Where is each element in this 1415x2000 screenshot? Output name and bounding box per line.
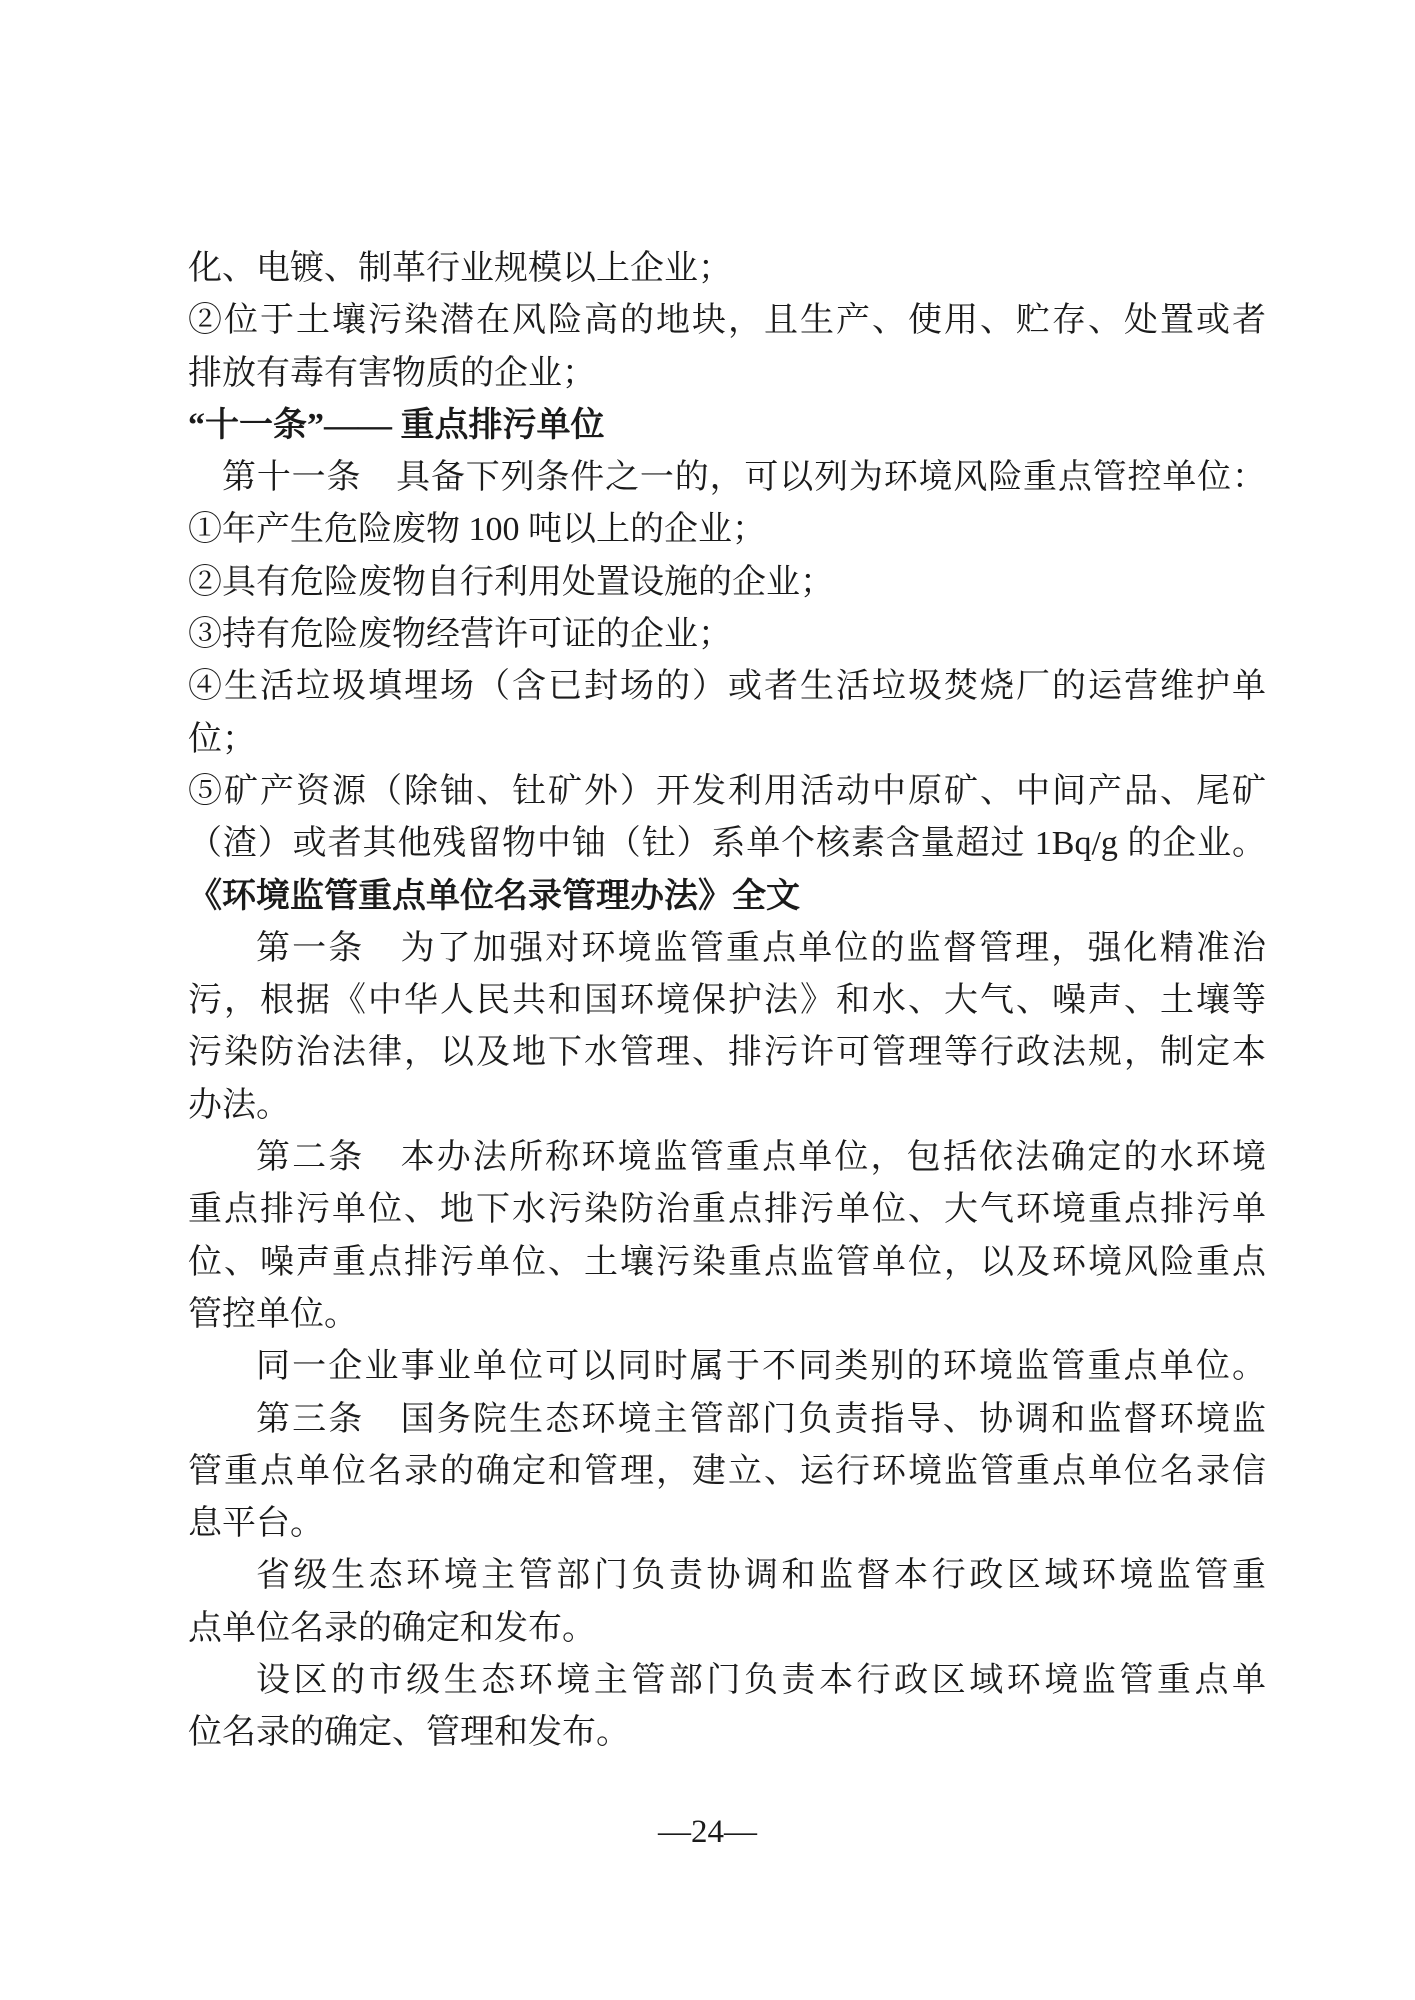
text-line: ④生活垃圾填埋场（含已封场的）或者生活垃圾焚烧厂的运营维护单 [188, 661, 1266, 713]
text-line: 第二条 本办法所称环境监管重点单位，包括依法确定的水环境 [188, 1132, 1266, 1184]
text-block: 化、电镀、制革行业规模以上企业；②位于土壤污染潜在风险高的地块，且生产、使用、贮… [188, 243, 1266, 1760]
text-line: 位名录的确定、管理和发布。 [188, 1707, 1266, 1759]
text-line: 《环境监管重点单位名录管理办法》全文 [188, 871, 1266, 923]
text-line: 第三条 国务院生态环境主管部门负责指导、协调和监督环境监 [188, 1394, 1266, 1446]
text-line: ③持有危险废物经营许可证的企业； [188, 609, 1266, 661]
text-line: ①年产生危险废物 100 吨以上的企业； [188, 504, 1266, 556]
text-line: 化、电镀、制革行业规模以上企业； [188, 243, 1266, 295]
text-line: 位； [188, 714, 1266, 766]
text-line: 同一企业事业单位可以同时属于不同类别的环境监管重点单位。 [188, 1341, 1266, 1393]
document-page: 化、电镀、制革行业规模以上企业；②位于土壤污染潜在风险高的地块，且生产、使用、贮… [0, 0, 1415, 2000]
text-line: 重点排污单位、地下水污染防治重点排污单位、大气环境重点排污单 [188, 1184, 1266, 1236]
text-line: ②位于土壤污染潜在风险高的地块，且生产、使用、贮存、处置或者 [188, 295, 1266, 347]
text-line: 第一条 为了加强对环境监管重点单位的监督管理，强化精准治 [188, 923, 1266, 975]
text-line: ⑤矿产资源（除铀、钍矿外）开发利用活动中原矿、中间产品、尾矿 [188, 766, 1266, 818]
text-line: 设区的市级生态环境主管部门负责本行政区域环境监管重点单 [188, 1655, 1266, 1707]
text-line: 污染防治法律，以及地下水管理、排污许可管理等行政法规，制定本 [188, 1027, 1266, 1079]
text-line: 省级生态环境主管部门负责协调和监督本行政区域环境监管重 [188, 1550, 1266, 1602]
text-line: 管控单位。 [188, 1289, 1266, 1341]
text-line: 第十一条 具备下列条件之一的，可以列为环境风险重点管控单位： [188, 452, 1266, 504]
page-number: —24— [0, 1806, 1415, 1858]
text-line: 点单位名录的确定和发布。 [188, 1603, 1266, 1655]
text-line: “十一条”—— 重点排污单位 [188, 400, 1266, 452]
text-line: 排放有毒有害物质的企业； [188, 348, 1266, 400]
text-line: 位、噪声重点排污单位、土壤污染重点监管单位，以及环境风险重点 [188, 1237, 1266, 1289]
text-line: 办法。 [188, 1080, 1266, 1132]
text-line: （渣）或者其他残留物中铀（钍）系单个核素含量超过 1Bq/g 的企业。 [188, 818, 1266, 870]
text-line: 管重点单位名录的确定和管理，建立、运行环境监管重点单位名录信 [188, 1446, 1266, 1498]
text-line: 污，根据《中华人民共和国环境保护法》和水、大气、噪声、土壤等 [188, 975, 1266, 1027]
text-line: ②具有危险废物自行利用处置设施的企业； [188, 557, 1266, 609]
text-line: 息平台。 [188, 1498, 1266, 1550]
